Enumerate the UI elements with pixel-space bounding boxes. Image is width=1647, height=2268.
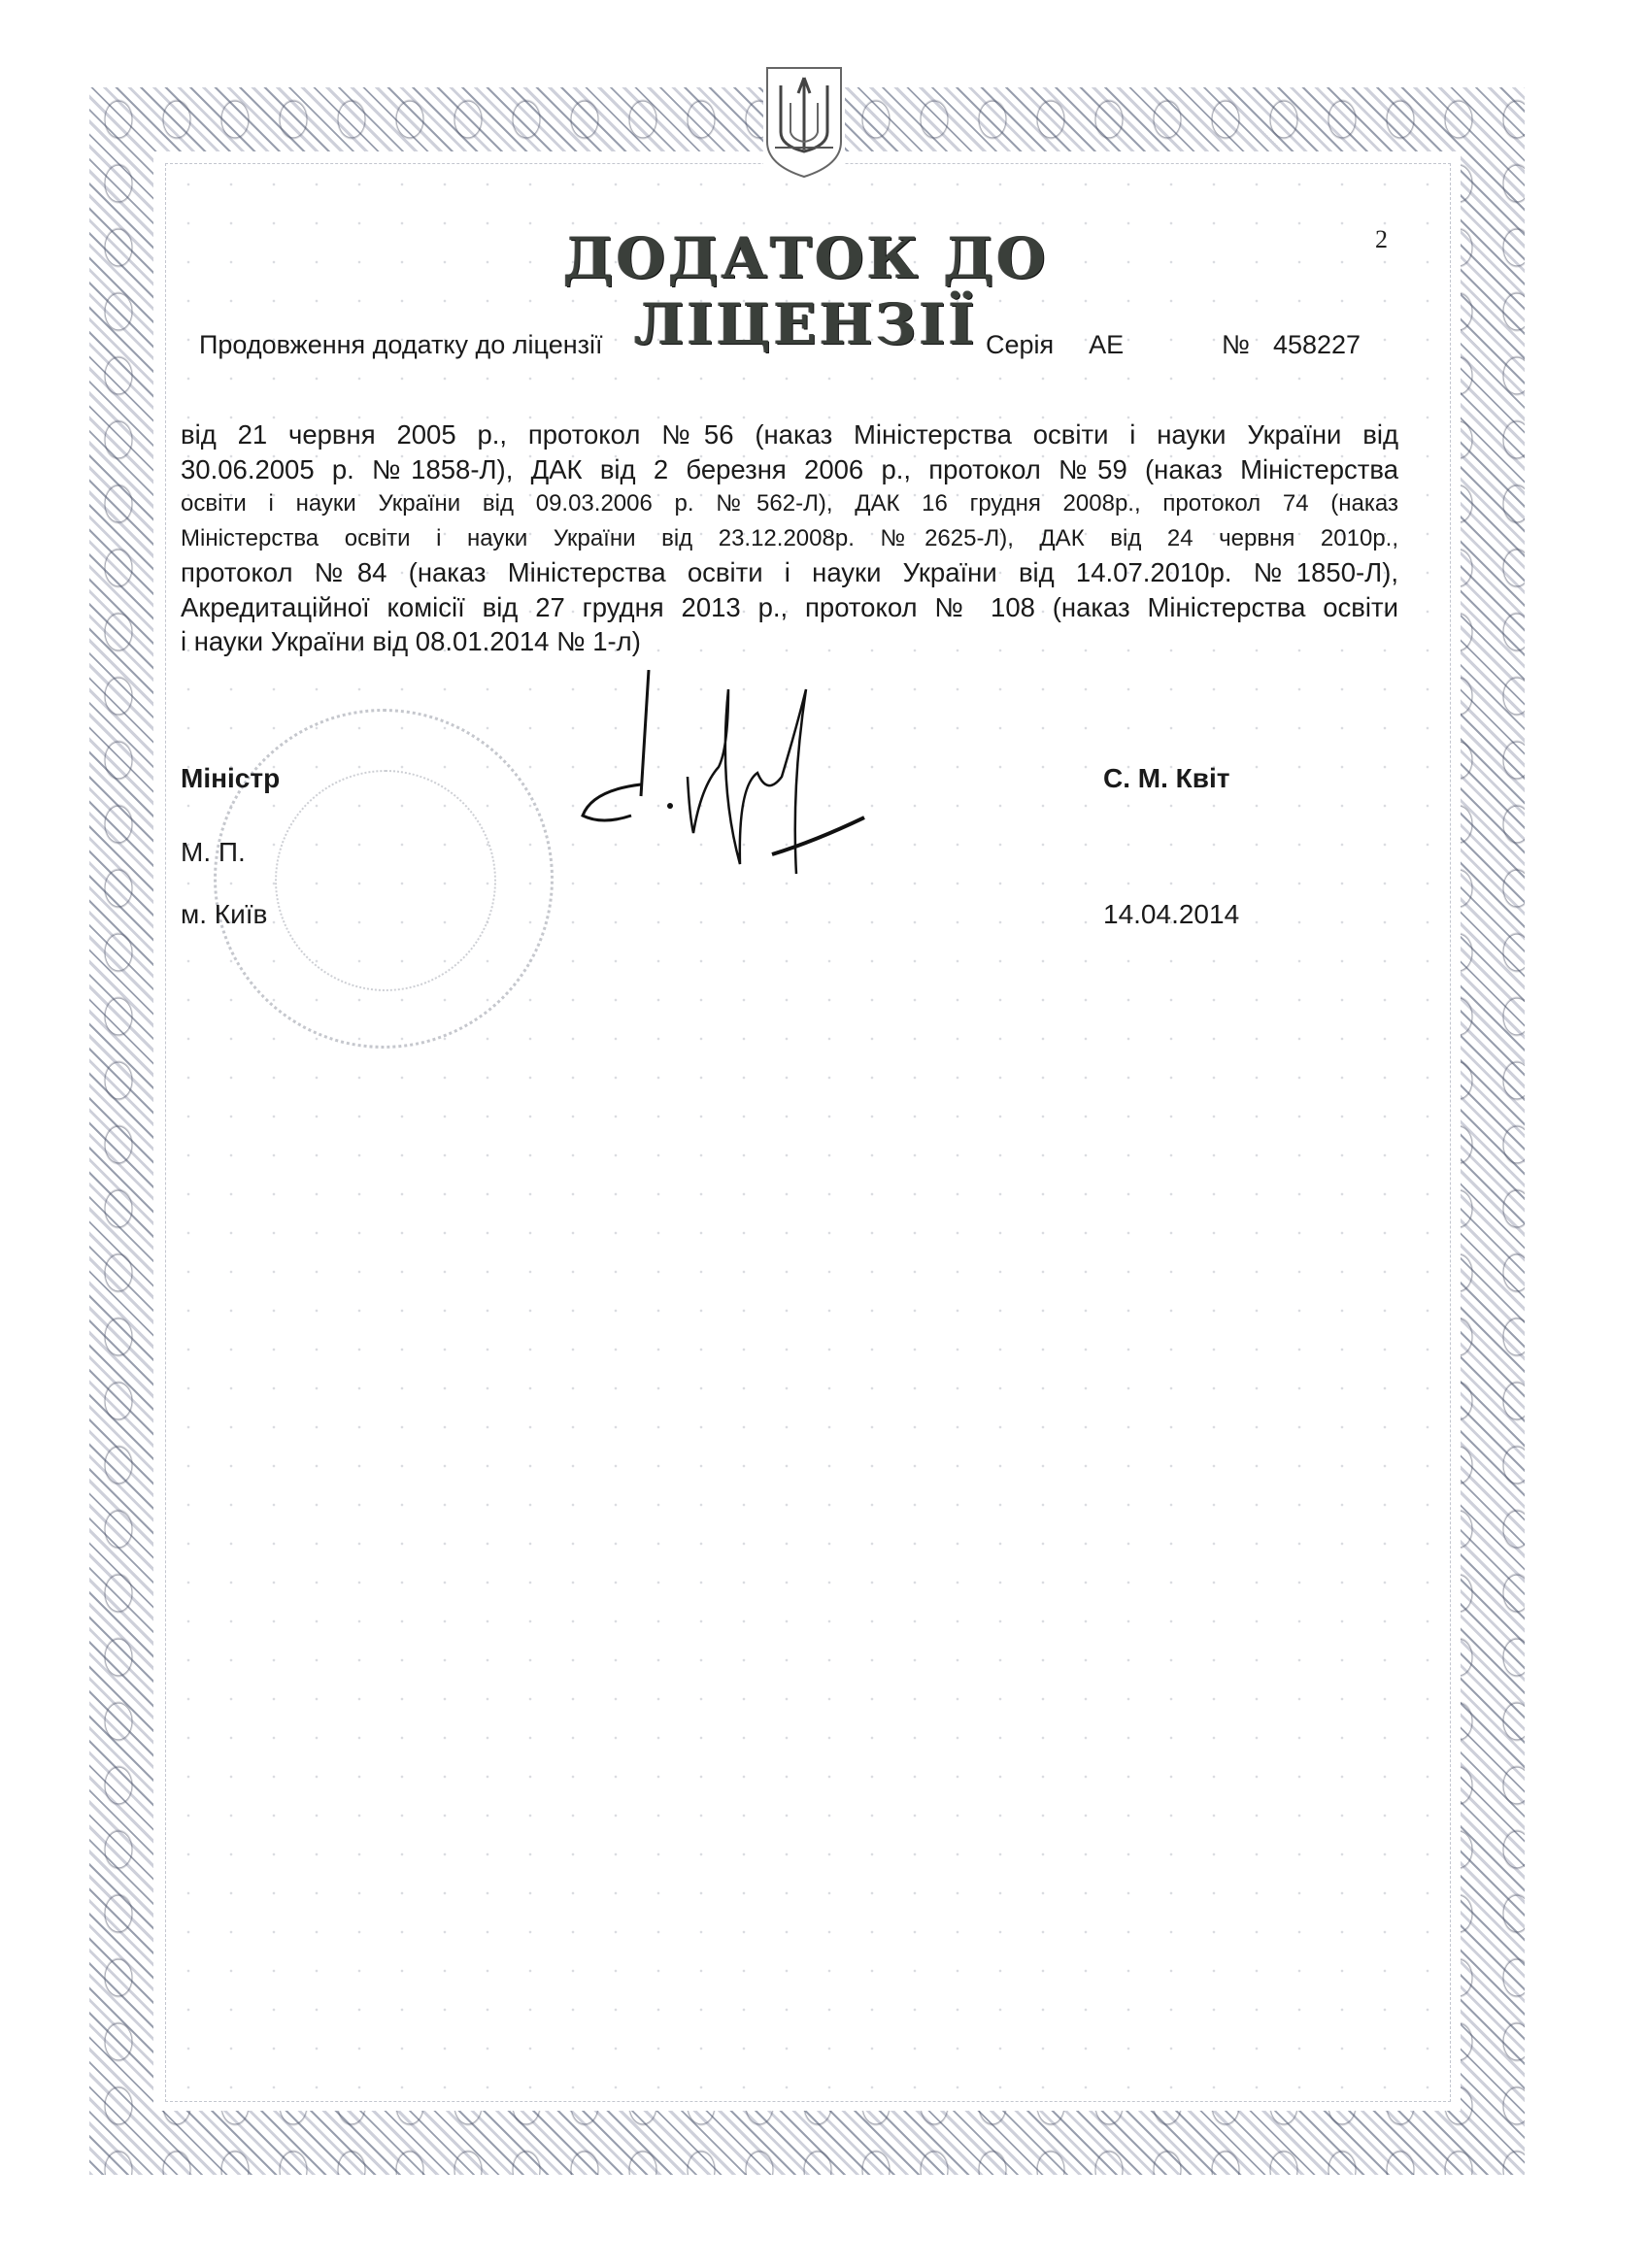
trident-coat-of-arms-icon — [763, 64, 845, 181]
signatory-title: Міністр — [181, 763, 280, 794]
page-number: 2 — [1375, 225, 1388, 254]
number-value: 458227 — [1273, 330, 1361, 360]
continuation-label: Продовження додатку до ліцензії — [199, 330, 603, 360]
body-line: від 21 червня 2005 р., протокол №56 (нак… — [181, 417, 1398, 452]
signatory-name: С. М. Квіт — [1103, 763, 1229, 794]
series-label: Серія — [986, 330, 1054, 360]
license-number: № 458227 — [1222, 330, 1361, 360]
city-label: м. Київ — [181, 899, 267, 930]
body-line: і науки України від 08.01.2014 № 1-л) — [181, 624, 1398, 659]
series-value: АЕ — [1089, 330, 1124, 360]
body-line: протокол №84 (наказ Міністерства освіти … — [181, 555, 1398, 590]
body-line: освіти і науки України від 09.03.2006 р.… — [181, 486, 1398, 521]
official-seal-stamp — [214, 709, 554, 1049]
body-line: Акредитаційної комісії від 27 грудня 201… — [181, 590, 1398, 625]
body-line: Міністерства освіти і науки України від … — [181, 521, 1398, 556]
seal-label: М. П. — [181, 837, 246, 868]
handwritten-signature — [573, 670, 923, 903]
number-label: № — [1222, 330, 1250, 360]
body-paragraph: від 21 червня 2005 р., протокол №56 (нак… — [181, 417, 1398, 659]
body-line: 30.06.2005 р. №1858-Л), ДАК від 2 березн… — [181, 452, 1398, 487]
license-series: Серія АЕ — [986, 330, 1124, 360]
document-date: 14.04.2014 — [1103, 899, 1239, 930]
